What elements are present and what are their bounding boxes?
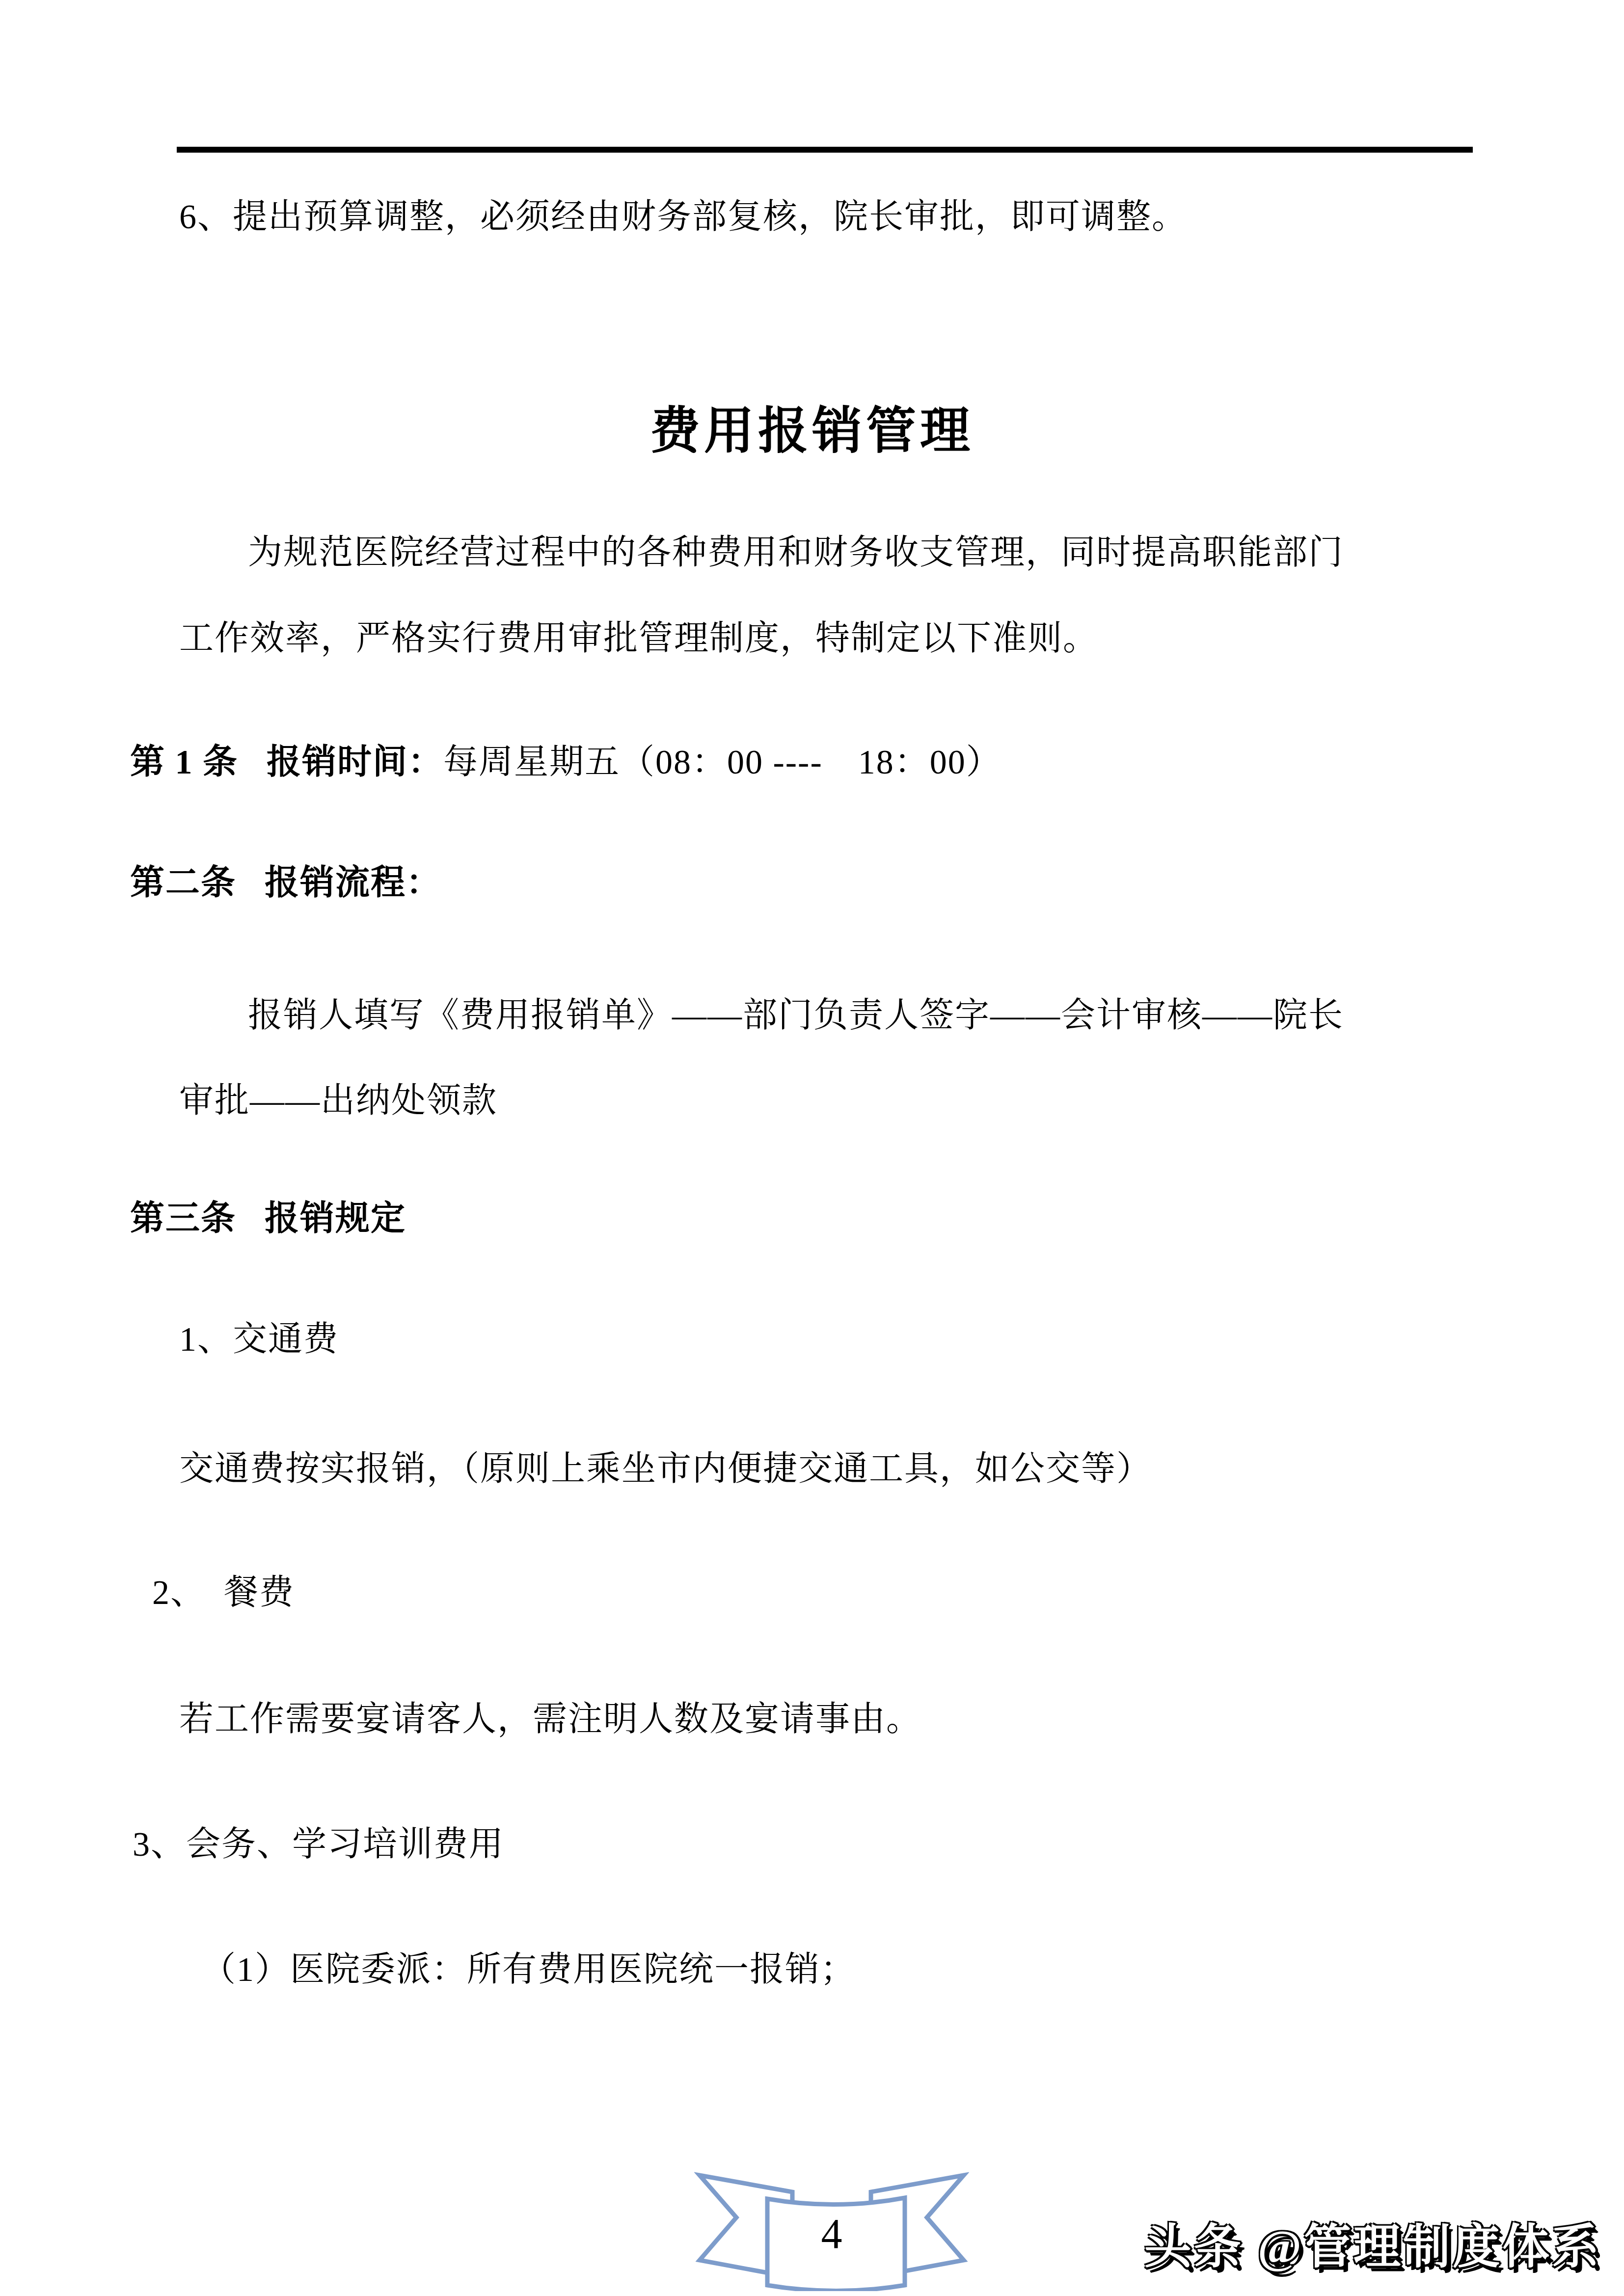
- article-2-heading: 报销流程：: [265, 864, 441, 902]
- article-1-label: 第 1 条: [130, 744, 238, 781]
- article-1-text: 每周星期五（08：00 ---- 18：00）: [443, 744, 1001, 781]
- article-1: 第 1 条报销时间：每周星期五（08：00 ---- 18：00）: [130, 746, 1001, 780]
- flow-line-1: 报销人填写《费用报销单》——部门负责人签字——会计审核——院长: [248, 999, 1344, 1033]
- preamble-line-2: 工作效率，严格实行费用审批管理制度，特制定以下准则。: [179, 622, 1098, 656]
- article-2-label: 第二条: [130, 864, 236, 902]
- article-3-label: 第三条: [130, 1200, 236, 1238]
- article-3-heading: 报销规定: [265, 1200, 406, 1238]
- item-2-text: 若工作需要宴请客人，需注明人数及宴请事由。: [179, 1703, 921, 1737]
- article-3: 第三条报销规定: [130, 1202, 406, 1236]
- item-1-text: 交通费按实报销，（原则上乘坐市内便捷交通工具，如公交等）: [179, 1452, 1152, 1487]
- article-1-heading: 报销时间：: [267, 744, 443, 781]
- watermark: 头条 @管理制度体系: [1144, 2222, 1601, 2271]
- header-note: 6、提出预算调整，必须经由财务部复核，院长审批，即可调整。: [179, 200, 1187, 235]
- item-2-meals: 2、 餐费: [152, 1576, 295, 1610]
- article-2: 第二条报销流程：: [130, 866, 441, 901]
- page-title: 费用报销管理: [0, 406, 1624, 457]
- document-page: 6、提出预算调整，必须经由财务部复核，院长审批，即可调整。 费用报销管理 为规范…: [0, 0, 1624, 2296]
- item-3-training: 3、会务、学习培训费用: [133, 1828, 504, 1862]
- header-rule: [177, 147, 1473, 153]
- flow-line-2: 审批——出纳处领款: [179, 1084, 497, 1119]
- preamble-line-1: 为规范医院经营过程中的各种费用和财务收支管理，同时提高职能部门: [248, 536, 1344, 570]
- item-1-transport: 1、交通费: [179, 1323, 339, 1357]
- page-number: 4: [694, 2213, 969, 2255]
- item-3-sub: （1）医院委派：所有费用医院统一报销；: [201, 1953, 856, 1987]
